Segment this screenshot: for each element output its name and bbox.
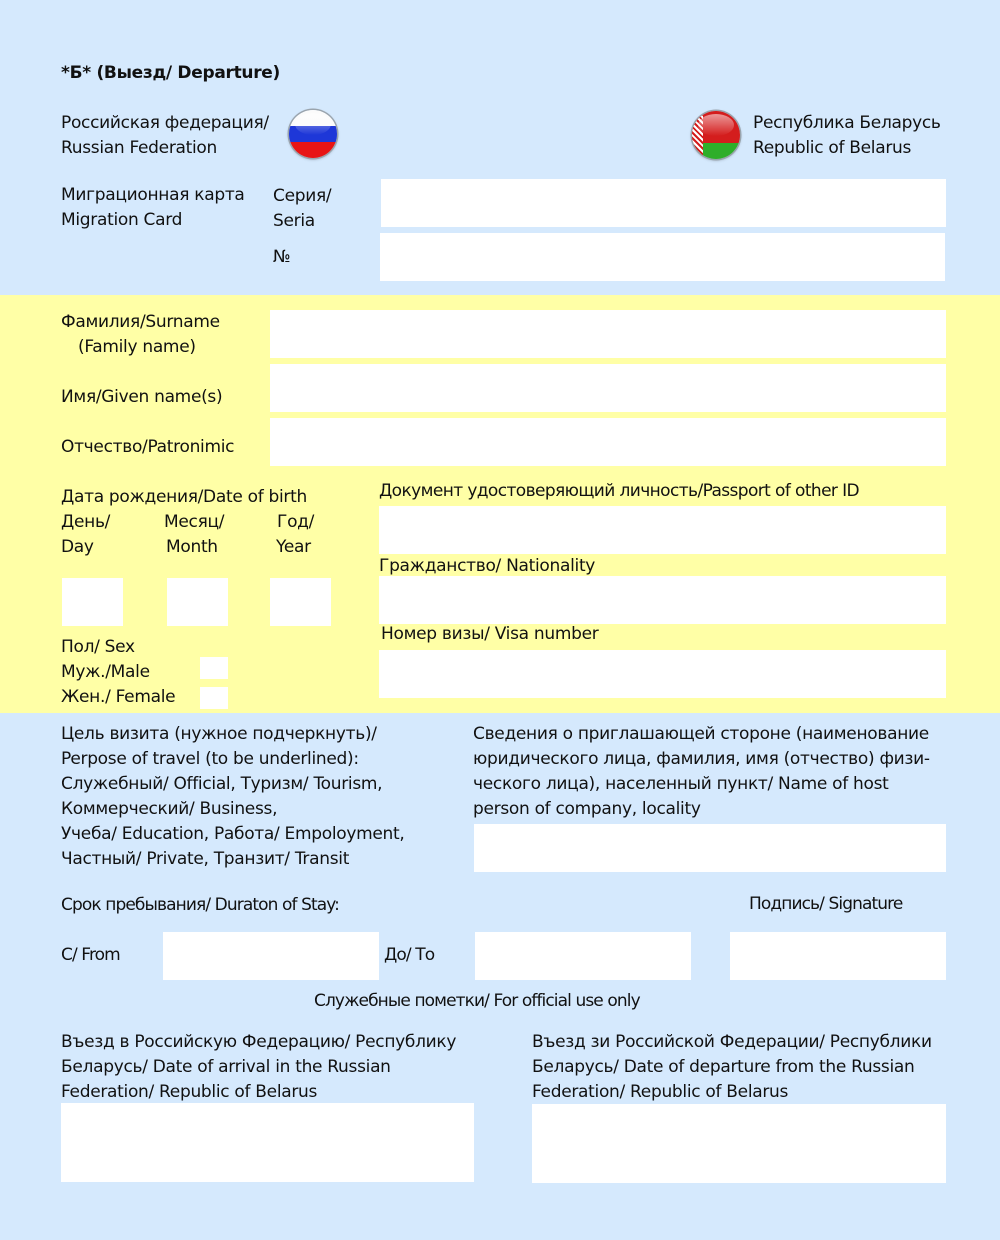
series-label-en: Seria bbox=[273, 209, 315, 234]
host-label-line-2: юридического лица, фамилия, имя (отчеств… bbox=[473, 747, 930, 772]
series-input[interactable] bbox=[381, 179, 946, 227]
form-title: *Б* (Выезд/ Departure) bbox=[61, 61, 280, 86]
russia-flag-icon bbox=[289, 110, 337, 158]
id-document-input[interactable] bbox=[379, 506, 946, 554]
male-label: Муж./Male bbox=[61, 660, 150, 685]
duration-label: Срок пребывания/ Duraton of Stay: bbox=[61, 893, 339, 918]
arrival-label-line-1: Въезд в Российскую Федерацию/ Республику bbox=[61, 1030, 456, 1055]
month-label-en: Month bbox=[166, 535, 218, 560]
male-checkbox[interactable] bbox=[200, 657, 228, 679]
russia-label-ru: Российская федерация/ bbox=[61, 111, 269, 136]
signature-input[interactable] bbox=[730, 932, 946, 980]
dob-day-input[interactable] bbox=[62, 578, 123, 626]
departure-label-line-3: Federation/ Republic of Belarus bbox=[532, 1080, 788, 1105]
day-label-en: Day bbox=[61, 535, 94, 560]
dob-year-input[interactable] bbox=[270, 578, 331, 626]
departure-date-input[interactable] bbox=[532, 1104, 946, 1183]
series-label-ru: Серия/ bbox=[273, 184, 331, 209]
belarus-label-en: Republic of Belarus bbox=[753, 136, 911, 161]
year-label-en: Year bbox=[276, 535, 311, 560]
surname-input[interactable] bbox=[270, 310, 946, 358]
year-label-ru: Год/ bbox=[277, 510, 314, 535]
belarus-label-ru: Республика Беларусь bbox=[753, 111, 941, 136]
patronymic-input[interactable] bbox=[270, 418, 946, 466]
surname-label-note: (Family name) bbox=[78, 335, 196, 360]
from-date-input[interactable] bbox=[163, 932, 379, 980]
purpose-option-private-transit[interactable]: Частный/ Private, Транзит/ Transit bbox=[61, 847, 349, 872]
visa-label: Номер визы/ Visa number bbox=[381, 622, 598, 647]
from-label: С/ From bbox=[61, 943, 120, 968]
russia-label-en: Russian Federation bbox=[61, 136, 217, 161]
official-use-label: Служебные пометки/ For official use only bbox=[314, 989, 640, 1014]
number-input[interactable] bbox=[380, 233, 945, 281]
departure-label-line-1: Въезд зи Российской Федерации/ Республик… bbox=[532, 1030, 932, 1055]
day-label-ru: День/ bbox=[61, 510, 110, 535]
departure-label-line-2: Беларусь/ Date of departure from the Rus… bbox=[532, 1055, 914, 1080]
purpose-line-1: Цель визита (нужное подчеркнуть)/ bbox=[61, 722, 377, 747]
patronymic-label: Отчество/Patronimic bbox=[61, 435, 234, 460]
migration-card-label-en: Migration Card bbox=[61, 208, 182, 233]
sex-label: Пол/ Sex bbox=[61, 635, 135, 660]
month-label-ru: Месяц/ bbox=[164, 510, 224, 535]
to-label: До/ То bbox=[384, 943, 434, 968]
number-label: № bbox=[273, 245, 290, 270]
migration-card-label-ru: Миграционная карта bbox=[61, 183, 245, 208]
female-checkbox[interactable] bbox=[200, 687, 228, 709]
given-name-label: Имя/Given name(s) bbox=[61, 385, 222, 410]
purpose-option-education-employment[interactable]: Учеба/ Education, Работа/ Empoloyment, bbox=[61, 822, 404, 847]
signature-label: Подпись/ Signature bbox=[749, 892, 902, 917]
dob-month-input[interactable] bbox=[167, 578, 228, 626]
arrival-label-line-3: Federation/ Republic of Belarus bbox=[61, 1080, 317, 1105]
given-name-input[interactable] bbox=[270, 364, 946, 412]
purpose-line-2: Perpose of travel (to be underlined): bbox=[61, 747, 359, 772]
host-label-line-3: ческого лица), населенный пункт/ Name of… bbox=[473, 772, 889, 797]
host-label-line-4: person of company, locality bbox=[473, 797, 701, 822]
arrival-date-input[interactable] bbox=[61, 1103, 474, 1182]
visa-input[interactable] bbox=[379, 650, 946, 698]
nationality-input[interactable] bbox=[379, 576, 946, 624]
arrival-label-line-2: Беларусь/ Date of arrival in the Russian bbox=[61, 1055, 391, 1080]
surname-label: Фамилия/Surname bbox=[61, 310, 220, 335]
purpose-option-official-tourism[interactable]: Служебный/ Official, Туризм/ Tourism, bbox=[61, 772, 382, 797]
id-document-label: Документ удостоверяющий личность/Passpor… bbox=[379, 479, 859, 504]
dob-label: Дата рождения/Date of birth bbox=[61, 485, 307, 510]
host-label-line-1: Сведения о приглашающей стороне (наимено… bbox=[473, 722, 929, 747]
female-label: Жен./ Female bbox=[61, 685, 175, 710]
to-date-input[interactable] bbox=[475, 932, 691, 980]
host-input[interactable] bbox=[474, 824, 946, 872]
belarus-flag-icon bbox=[692, 111, 740, 159]
purpose-option-business[interactable]: Коммерческий/ Business, bbox=[61, 797, 277, 822]
